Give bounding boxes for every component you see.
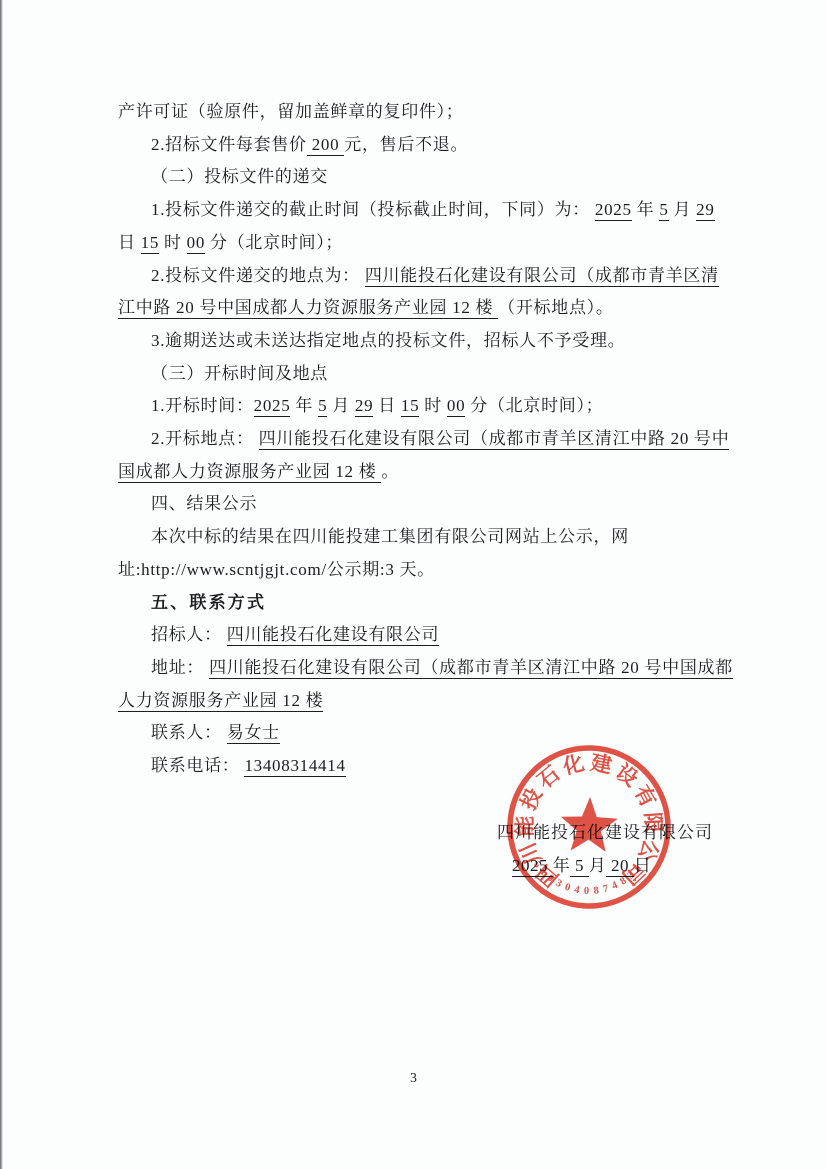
text-line: 五、联系方式	[118, 587, 746, 620]
text-line: 1.投标文件递交的截止时间（投标截止时间，下同）为： 2025 年 5 月 29	[118, 194, 746, 227]
text-line: 1.开标时间：2025 年 5 月 29 日 15 时 00 分（北京时间）；	[118, 390, 746, 423]
text-segment: 日	[118, 233, 141, 252]
text-segment: 年	[632, 200, 660, 219]
underlined-text: 四川能投石化建设有限公司（成都市青羊区清	[365, 266, 719, 287]
text-segment: 2.开标地点：	[151, 429, 259, 448]
text-segment: 1.开标时间：	[151, 396, 254, 415]
text-segment: 分（北京时间）；	[205, 233, 343, 252]
underlined-text: 2025	[595, 200, 632, 221]
document-body: 产许可证（验原件，留加盖鲜章的复印件）；2.招标文件每套售价 200 元，售后不…	[118, 96, 746, 783]
underlined-text: 5	[318, 396, 327, 417]
text-line: （二）投标文件的递交	[118, 161, 746, 194]
text-segment: 2.招标文件每套售价	[151, 135, 307, 154]
text-segment: 时	[159, 233, 187, 252]
text-segment: 分（北京时间）；	[465, 396, 603, 415]
underlined-text: 5	[659, 200, 668, 221]
underlined-text: 00	[187, 233, 205, 254]
text-line: 2.开标地点： 四川能投石化建设有限公司（成都市青羊区清江中路 20 号中	[118, 423, 746, 456]
underlined-text: 江中路 20 号中国成都人力资源服务产业园 12 楼	[118, 298, 498, 319]
text-segment: 2.投标文件递交的地点为：	[151, 266, 365, 285]
text-segment: 日	[373, 396, 401, 415]
text-line: （三）开标时间及地点	[118, 358, 746, 391]
text-line: 江中路 20 号中国成都人力资源服务产业园 12 楼 （开标地点）。	[118, 292, 746, 325]
underlined-text: 29	[355, 396, 373, 417]
text-segment: 产许可证（验原件，留加盖鲜章的复印件）；	[118, 102, 464, 121]
underlined-text: 00	[447, 396, 465, 417]
text-segment: 1.投标文件递交的截止时间（投标截止时间，下同）为：	[151, 200, 595, 219]
text-segment: 五、联系方式	[151, 593, 266, 612]
underlined-text: 国成都人力资源服务产业园 12 楼	[118, 462, 381, 483]
underlined-text: 15	[141, 233, 159, 254]
underlined-text: 人力资源服务产业园 12 楼	[118, 691, 323, 712]
text-segment: 月	[669, 200, 697, 219]
text-line: 招标人： 四川能投石化建设有限公司	[118, 619, 746, 652]
text-line: 本次中标的结果在四川能投建工集团有限公司网站上公示，网	[118, 521, 746, 554]
text-segment: 联系人：	[151, 723, 227, 742]
underlined-text: 易女士	[227, 723, 280, 744]
text-segment: 址:http://www.scntjgjt.com/公示期:3 天。	[118, 560, 435, 579]
company-seal-stamp: 四川能投石化建设有限公司 5103040874835	[494, 734, 684, 924]
text-line: 四、结果公示	[118, 488, 746, 521]
text-segment: 元，售后不退。	[344, 135, 468, 154]
text-segment: （三）开标时间及地点	[151, 364, 328, 383]
text-segment: 3.逾期送达或未送达指定地点的投标文件，招标人不予受理。	[151, 331, 625, 350]
text-segment: 联系电话：	[151, 756, 244, 775]
text-line: 国成都人力资源服务产业园 12 楼 。	[118, 456, 746, 489]
underlined-text: 29	[696, 200, 714, 221]
text-segment: 四、结果公示	[151, 494, 257, 513]
text-segment: 月	[327, 396, 355, 415]
underlined-text: 13408314414	[244, 756, 345, 777]
text-line: 产许可证（验原件，留加盖鲜章的复印件）；	[118, 96, 746, 129]
text-segment: （二）投标文件的递交	[151, 167, 328, 186]
text-segment: （开标地点）。	[498, 298, 613, 317]
text-segment: 地址：	[151, 658, 209, 677]
text-line: 地址： 四川能投石化建设有限公司（成都市青羊区清江中路 20 号中国成都	[118, 652, 746, 685]
text-line: 址:http://www.scntjgjt.com/公示期:3 天。	[118, 554, 746, 587]
document-page: 产许可证（验原件，留加盖鲜章的复印件）；2.招标文件每套售价 200 元，售后不…	[0, 0, 827, 1169]
underlined-text: 2025	[254, 396, 291, 417]
seal-star-icon	[560, 796, 619, 852]
text-line: 人力资源服务产业园 12 楼	[118, 685, 746, 718]
text-segment: 年	[290, 396, 318, 415]
text-line: 2.招标文件每套售价 200 元，售后不退。	[118, 129, 746, 162]
underlined-text: 四川能投石化建设有限公司（成都市青羊区清江中路 20 号中	[259, 429, 730, 450]
text-line: 日 15 时 00 分（北京时间）；	[118, 227, 746, 260]
text-segment: 。	[381, 462, 399, 481]
text-segment: 本次中标的结果在四川能投建工集团有限公司网站上公示，网	[151, 527, 629, 546]
underlined-text: 15	[401, 396, 419, 417]
text-segment: 招标人：	[151, 625, 227, 644]
underlined-text: 四川能投石化建设有限公司	[227, 625, 439, 646]
underlined-text: 200	[307, 135, 345, 156]
underlined-text: 四川能投石化建设有限公司（成都市青羊区清江中路 20 号中国成都	[209, 658, 733, 679]
text-segment: 时	[419, 396, 447, 415]
text-line: 2.投标文件递交的地点为： 四川能投石化建设有限公司（成都市青羊区清	[118, 260, 746, 293]
text-line: 3.逾期送达或未送达指定地点的投标文件，招标人不予受理。	[118, 325, 746, 358]
page-number: 3	[0, 1070, 827, 1086]
